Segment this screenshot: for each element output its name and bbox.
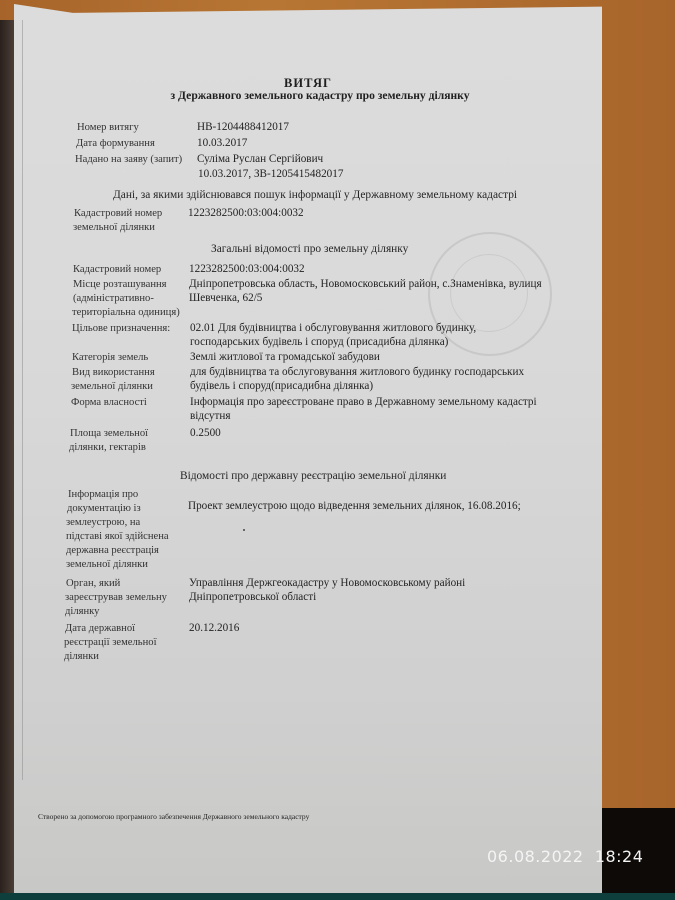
search-cadastral-label-line1: Кадастровий номер	[74, 207, 162, 221]
photo-time: 18:24	[595, 847, 644, 866]
usage-type-value-line2: будівель і споруд(присадибна ділянка)	[190, 379, 373, 393]
registering-body-label-line2: зареєстрував земельну	[65, 591, 167, 605]
ownership-form-value-line2: відсутня	[190, 409, 231, 423]
land-doc-label-line4: підставі якої здійснена	[66, 530, 169, 544]
search-section-heading: Дані, за якими здійснювався пошук інформ…	[113, 189, 517, 201]
purpose-label: Цільове призначення:	[72, 322, 170, 336]
registering-body-value-line1: Управління Держгеокадастру у Новомосковс…	[189, 576, 465, 590]
location-value-line2: Шевченка, 62/5	[189, 291, 262, 305]
document-subtitle: з Державного земельного кадастру про зем…	[26, 89, 614, 102]
photo-date: 06.08.2022	[487, 847, 584, 866]
land-category-value: Землі житлової та громадської забудови	[190, 350, 380, 364]
formation-date-label: Дата формування	[76, 137, 155, 151]
request-applicant-value: Суліма Руслан Сергійович	[197, 152, 323, 166]
usage-type-label-line2: земельної ділянки	[71, 380, 153, 394]
location-label-line1: Місце розташування	[73, 278, 167, 292]
registration-date-value: 20.12.2016	[189, 621, 239, 635]
land-category-label: Категорія земель	[72, 351, 148, 365]
ink-speck	[243, 529, 245, 531]
ownership-form-label: Форма власності	[71, 396, 147, 410]
registration-date-label-line1: Дата державної	[65, 622, 135, 636]
usage-type-label-line1: Вид використання	[72, 366, 155, 380]
formation-date-value: 10.03.2017	[197, 136, 247, 150]
location-value-line1: Дніпропетровська область, Новомосковськи…	[189, 277, 542, 291]
left-shadow	[0, 20, 14, 893]
document-footer: Створено за допомогою програмного забезп…	[38, 812, 309, 821]
cadastral-number-value: 1223282500:03:004:0032	[189, 262, 305, 276]
land-doc-label-line5: державна реєстрація	[66, 544, 159, 558]
extract-number-label: Номер витягу	[77, 121, 139, 135]
search-cadastral-label-line2: земельної ділянки	[73, 221, 155, 235]
registering-body-label-line3: ділянку	[65, 605, 99, 619]
registration-section-heading: Відомості про державну реєстрацію земель…	[180, 470, 446, 482]
general-section-heading: Загальні відомості про земельну ділянку	[211, 243, 408, 255]
request-label: Надано на заяву (запит)	[75, 153, 182, 167]
land-doc-label-line2: документацію із	[67, 502, 141, 516]
area-label-line1: Площа земельної	[70, 427, 148, 441]
location-label-line3: територіальна одиниця)	[72, 306, 180, 320]
photo-timestamp: 06.08.2022 18:24	[487, 847, 643, 866]
area-value: 0.2500	[190, 426, 221, 440]
request-date-number-value: 10.03.2017, ЗВ-1205415482017	[198, 167, 343, 181]
registering-body-value-line2: Дніпропетровської області	[189, 590, 316, 604]
purpose-value-line1: 02.01 Для будівництва і обслуговування ж…	[190, 321, 476, 335]
registration-date-label-line3: ділянки	[64, 650, 99, 664]
bottom-band	[0, 893, 675, 900]
purpose-value-line2: господарських будівель і споруд (присади…	[190, 335, 448, 349]
land-doc-value: Проект землеустрою щодо відведення земел…	[188, 499, 521, 513]
search-cadastral-value: 1223282500:03:004:0032	[188, 206, 304, 220]
area-label-line2: ділянки, гектарів	[69, 441, 146, 455]
location-label-line2: (адміністративно-	[73, 292, 154, 306]
land-doc-label-line6: земельної ділянки	[66, 558, 148, 572]
extract-number-value: НВ-1204488412017	[197, 120, 289, 134]
ownership-form-value-line1: Інформація про зареєстроване право в Дер…	[190, 395, 537, 409]
usage-type-value-line1: для будівництва та обслуговування житлов…	[190, 365, 524, 379]
underlying-page-edge	[22, 20, 23, 780]
land-doc-label-line1: Інформація про	[68, 488, 138, 502]
land-doc-label-line3: землеустрою, на	[66, 516, 140, 530]
registering-body-label-line1: Орган, який	[66, 577, 120, 591]
registration-date-label-line2: реєстрації земельної	[64, 636, 157, 650]
cadastral-number-label: Кадастровий номер	[73, 263, 161, 277]
